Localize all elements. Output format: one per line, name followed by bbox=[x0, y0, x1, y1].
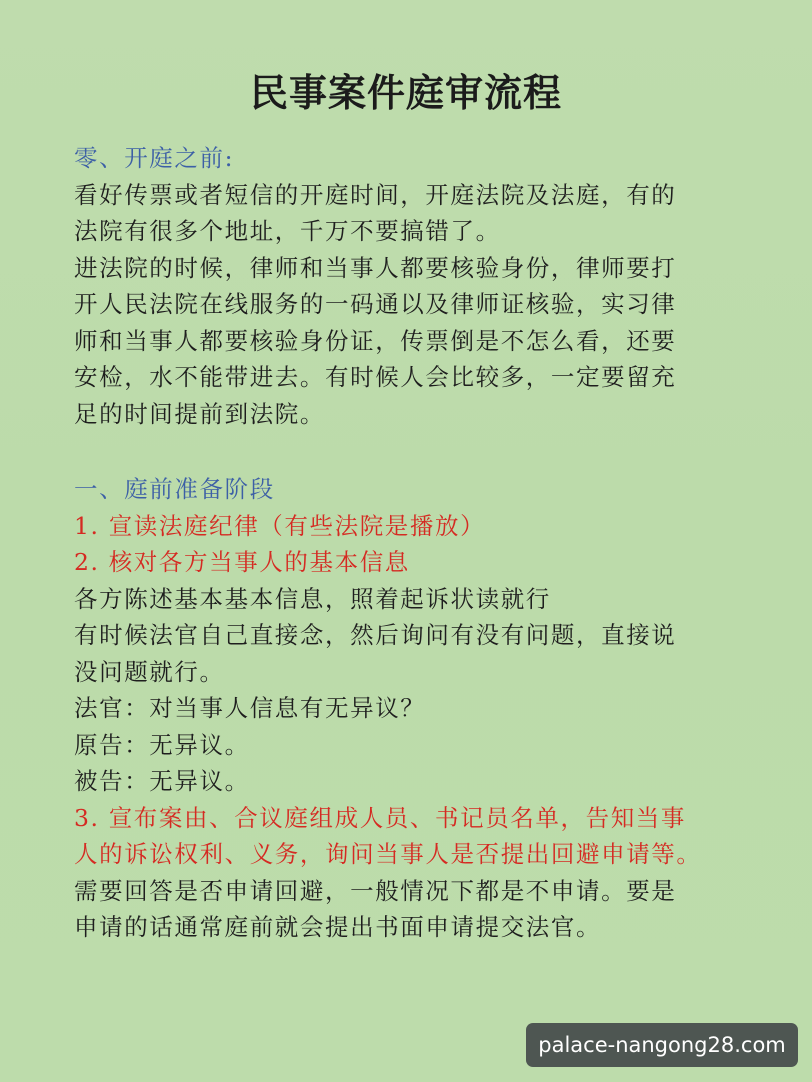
section-spacer bbox=[74, 432, 754, 471]
paragraph-line: 看好传票或者短信的开庭时间，开庭法院及法庭，有的 bbox=[74, 177, 754, 214]
paragraph-line: 没问题就行。 bbox=[74, 654, 754, 691]
step-2-heading: 2. 核对各方当事人的基本信息 bbox=[74, 544, 754, 581]
document-body: 零、开庭之前: 看好传票或者短信的开庭时间，开庭法院及法庭，有的 法院有很多个地… bbox=[74, 140, 754, 946]
dialogue-plaintiff: 原告：无异议。 bbox=[74, 727, 754, 764]
document-page: 民事案件庭审流程 零、开庭之前: 看好传票或者短信的开庭时间，开庭法院及法庭，有… bbox=[0, 0, 812, 1082]
section-heading-pretrial-prep: 一、庭前准备阶段 bbox=[74, 471, 754, 508]
paragraph-line: 师和当事人都要核验身份证，传票倒是不怎么看，还要 bbox=[74, 323, 754, 360]
step-1-heading: 1. 宣读法庭纪律（有些法院是播放） bbox=[74, 508, 754, 545]
paragraph-line: 法院有很多个地址，千万不要搞错了。 bbox=[74, 213, 754, 250]
step-3-heading-cont: 人的诉讼权利、义务，询问当事人是否提出回避申请等。 bbox=[74, 836, 754, 873]
document-title: 民事案件庭审流程 bbox=[0, 62, 812, 117]
paragraph-line: 需要回答是否申请回避，一般情况下都是不申请。要是 bbox=[74, 873, 754, 910]
paragraph-line: 各方陈述基本基本信息，照着起诉状读就行 bbox=[74, 581, 754, 618]
watermark-badge: palace-nangong28.com bbox=[526, 1023, 798, 1067]
section-heading-before-trial: 零、开庭之前: bbox=[74, 140, 754, 177]
paragraph-line: 开人民法院在线服务的一码通以及律师证核验，实习律 bbox=[74, 286, 754, 323]
paragraph-line: 有时候法官自己直接念，然后询问有没有问题，直接说 bbox=[74, 617, 754, 654]
paragraph-line: 安检，水不能带进去。有时候人会比较多，一定要留充 bbox=[74, 359, 754, 396]
dialogue-judge: 法官：对当事人信息有无异议？ bbox=[74, 690, 754, 727]
step-3-heading: 3. 宣布案由、合议庭组成人员、书记员名单，告知当事 bbox=[74, 800, 754, 837]
dialogue-defendant: 被告：无异议。 bbox=[74, 763, 754, 800]
paragraph-line: 进法院的时候，律师和当事人都要核验身份，律师要打 bbox=[74, 250, 754, 287]
paragraph-line: 申请的话通常庭前就会提出书面申请提交法官。 bbox=[74, 909, 754, 946]
paragraph-line: 足的时间提前到法院。 bbox=[74, 396, 754, 433]
